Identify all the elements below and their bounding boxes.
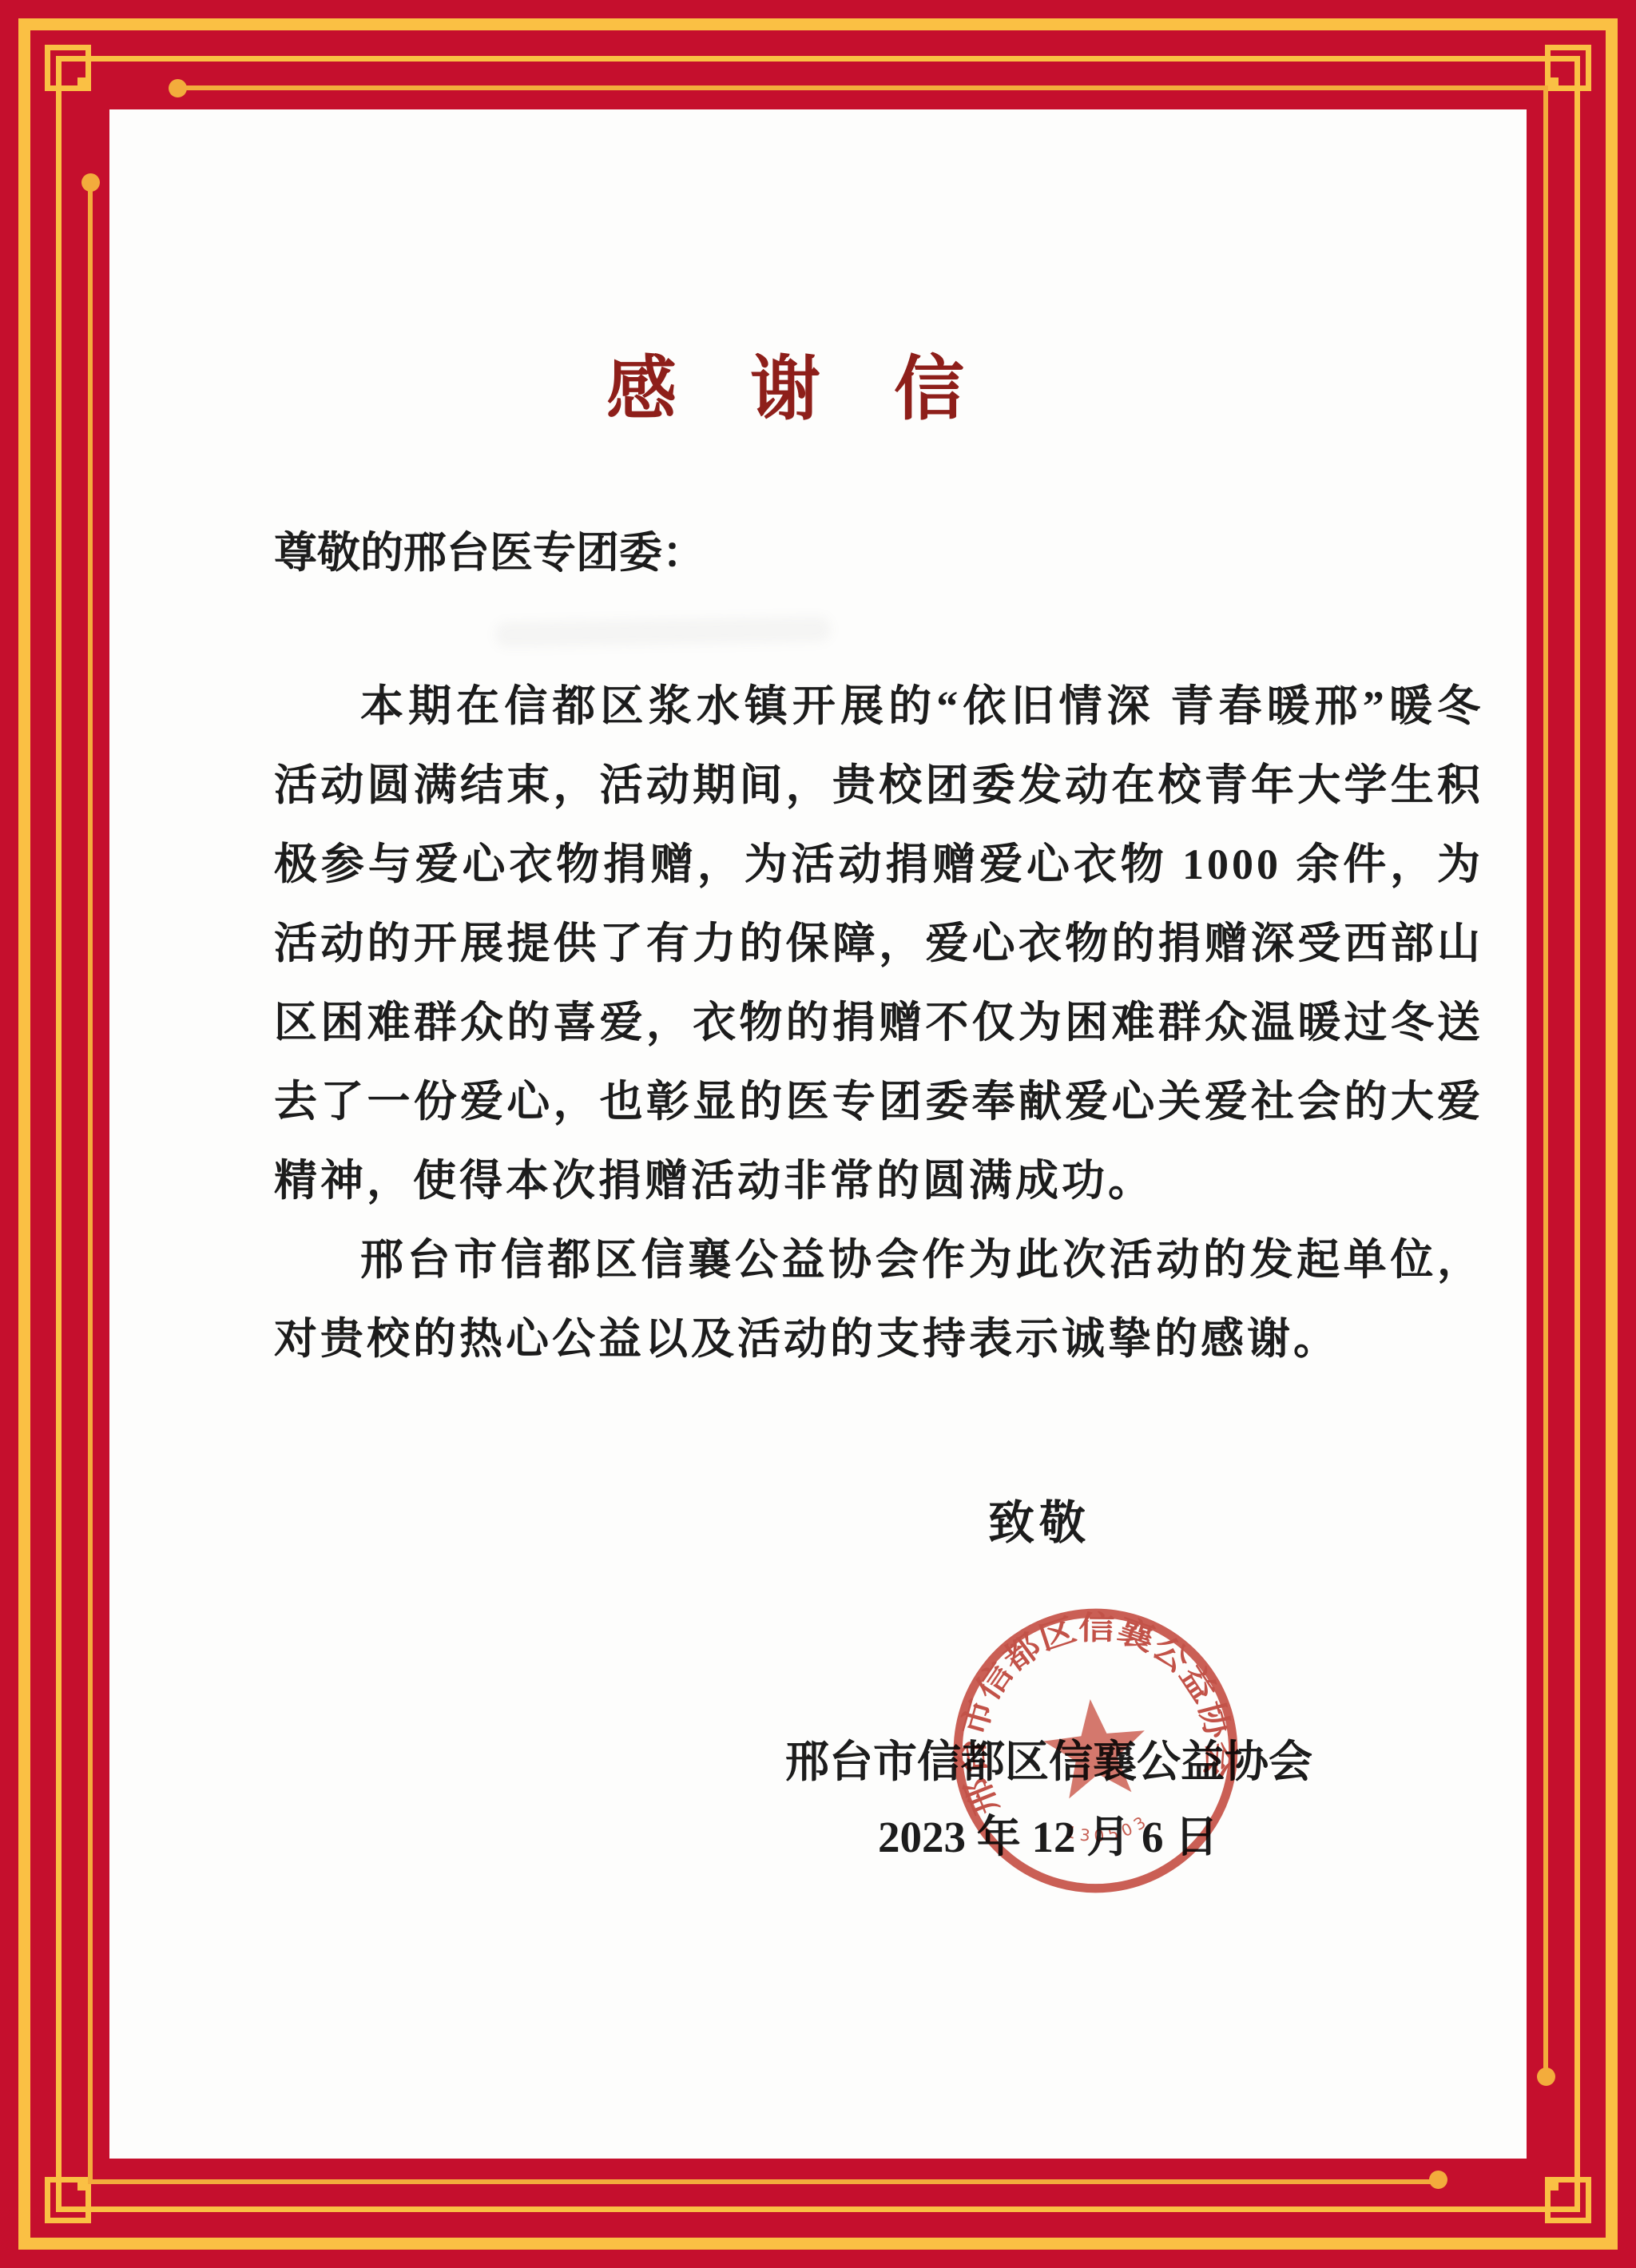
letter-page: 感 谢 信 尊敬的邢台医专团委： 本期在信都区浆水镇开展的“依旧情深 青春暖邢”… — [0, 0, 1636, 2268]
accent-line-top — [177, 85, 1548, 90]
seal-code: 130503 — [1062, 1809, 1155, 1849]
accent-line-bottom — [88, 2179, 1438, 2184]
official-seal-stamp: 邢台市信都区信襄公益协会 130503 — [927, 1582, 1265, 1920]
corner-key-ornament-bottom-left — [45, 2177, 91, 2223]
accent-dot-left-top — [81, 173, 100, 192]
accent-line-left — [88, 182, 93, 2184]
accent-line-right — [1543, 85, 1548, 2076]
accent-dot-top-left — [169, 79, 187, 97]
accent-dot-right-bottom — [1537, 2067, 1555, 2086]
seal-star-icon — [1039, 1694, 1150, 1801]
corner-key-ornament-top-right — [1545, 45, 1591, 91]
closing-phrase: 致敬 — [988, 1485, 1090, 1552]
paragraph: 邢台市信都区信襄公益协会作为此次活动的发起单位，对贵校的热心公益以及活动的支持表… — [274, 1221, 1483, 1379]
letter-title: 感 谢 信 — [77, 333, 1495, 434]
corner-key-ornament-top-left — [45, 45, 91, 91]
letter-body: 本期在信都区浆水镇开展的“依旧情深 青春暖邢”暖冬活动圆满结束，活动期间，贵校团… — [274, 667, 1483, 1379]
paper: 感 谢 信 尊敬的邢台医专团委： 本期在信都区浆水镇开展的“依旧情深 青春暖邢”… — [109, 109, 1527, 2159]
scan-artifact-smudge — [495, 616, 831, 647]
accent-dot-bottom-right — [1429, 2171, 1447, 2189]
salutation: 尊敬的邢台医专团委： — [274, 518, 705, 580]
paragraph: 本期在信都区浆水镇开展的“依旧情深 青春暖邢”暖冬活动圆满结束，活动期间，贵校团… — [274, 667, 1483, 1221]
corner-key-ornament-bottom-right — [1545, 2177, 1591, 2223]
